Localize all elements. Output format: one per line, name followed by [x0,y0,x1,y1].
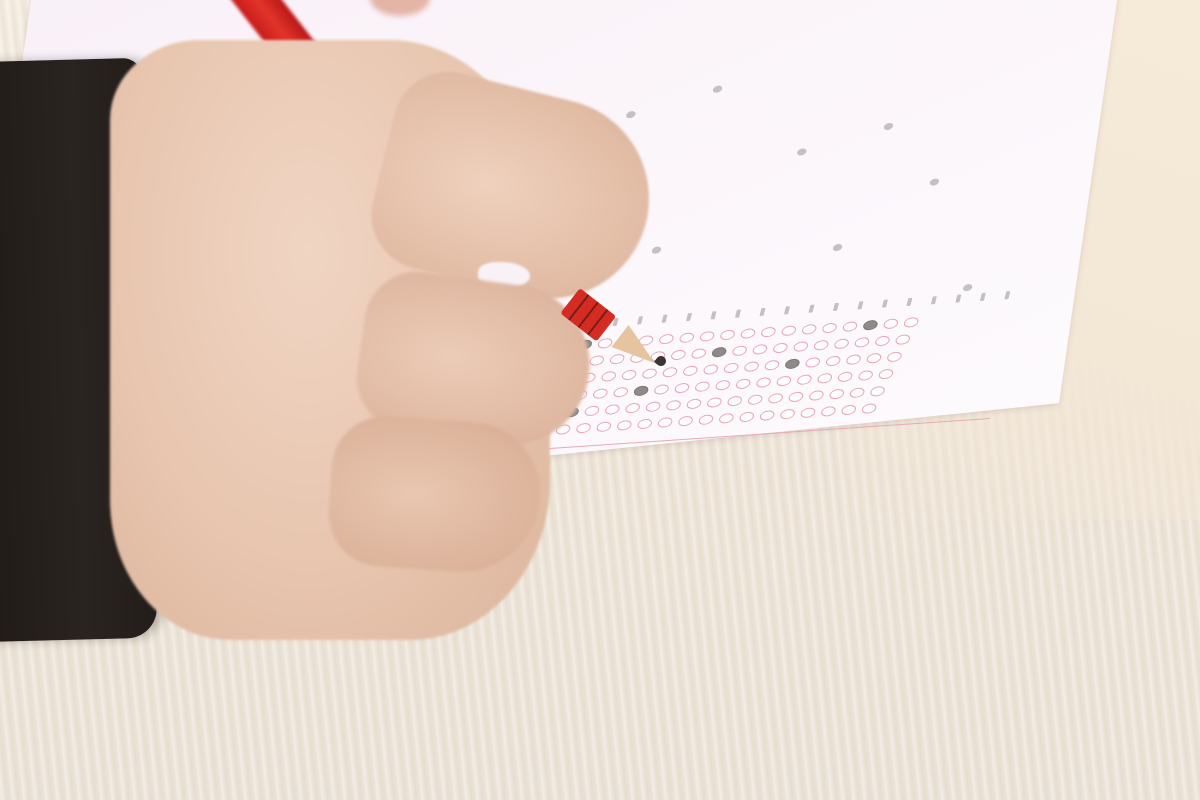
answer-bubble [575,423,592,434]
answer-bubble [840,405,857,416]
answer-bubble [857,370,874,381]
answer-bubble [596,421,613,432]
answer-bubble [674,383,691,394]
answer-bubble [866,353,883,364]
answer-bubble [764,360,781,371]
answer-bubble [772,343,789,354]
answer-bubble [645,401,662,412]
answer-bubble [845,354,862,365]
answer-bubble [833,338,850,349]
answer-bubble [592,388,609,399]
answer-bubble [714,380,731,391]
answer-bubble [694,381,711,392]
answer-bubble [600,371,617,382]
answer-bubble [886,351,903,362]
answer-bubble [702,364,719,375]
answer-bubble [670,350,687,361]
answer-bubble [665,400,682,411]
answer-bubble [678,332,695,343]
answer-bubble [743,361,760,372]
answer-bubble [878,369,895,380]
answer-bubble [662,367,679,378]
answer-bubble [677,416,694,427]
answer-bubble [738,411,755,422]
answer-bubble [808,390,825,401]
answer-bubble [636,418,653,429]
answer-bubble [759,410,776,421]
filled-mark [625,111,636,119]
answer-bubble [690,348,707,359]
photo-scene [0,0,1200,800]
answer-bubble [788,391,805,402]
answer-bubble [698,414,715,425]
answer-bubble [584,405,601,416]
answer-bubble [882,318,899,329]
answer-bubble [779,409,796,420]
answer-bubble [874,336,891,347]
answer-bubble [711,347,728,358]
answer-bubble [828,389,845,400]
filled-mark [651,246,662,254]
answer-bubble [784,358,801,369]
answer-bubble [719,329,736,340]
answer-bubble [726,396,743,407]
answer-bubble [760,327,777,338]
answer-bubble [723,363,740,374]
answer-bubble [658,334,675,345]
answer-bubble [861,403,878,414]
filled-mark [962,284,973,292]
answer-bubble [869,386,886,397]
answer-bubble [796,374,813,385]
answer-bubble [604,404,621,415]
answer-bubble [752,344,769,355]
answer-bubble [755,377,772,388]
answer-bubble [837,371,854,382]
answer-bubble [747,394,764,405]
answer-bubble [699,331,716,342]
answer-bubble [657,417,674,428]
answer-bubble [706,397,723,408]
answer-bubble [800,407,817,418]
answer-bubble [686,398,703,409]
filled-mark [883,123,894,131]
filled-mark [832,244,843,252]
answer-bubble [682,365,699,376]
answer-bubble [780,325,797,336]
answer-bubble [842,321,859,332]
answer-bubble [813,340,830,351]
answer-bubble [894,334,911,345]
answer-bubble [820,406,837,417]
filled-mark [929,178,940,186]
answer-bubble [862,320,879,331]
answer-bubble [792,341,809,352]
answer-bubble [767,393,784,404]
answer-bubble [854,337,871,348]
answer-bubble [624,403,641,414]
answer-bubble [776,376,793,387]
answer-bubble [740,328,757,339]
answer-bubble [804,357,821,368]
answer-bubble [816,373,833,384]
answer-bubble [612,387,629,398]
answer-bubble [616,420,633,431]
answer-bubble [653,384,670,395]
answer-bubble [903,317,920,328]
answer-bubble [825,356,842,367]
filled-mark [796,148,807,156]
answer-bubble [801,324,818,335]
answer-bubble [633,385,650,396]
filled-mark [712,85,723,93]
answer-bubble [731,345,748,356]
answer-bubble [718,413,735,424]
answer-bubble [849,387,866,398]
answer-bubble [621,370,638,381]
answer-bubble [588,355,605,366]
answer-bubble [735,378,752,389]
ring-finger [325,413,545,577]
answer-bubble [821,323,838,334]
